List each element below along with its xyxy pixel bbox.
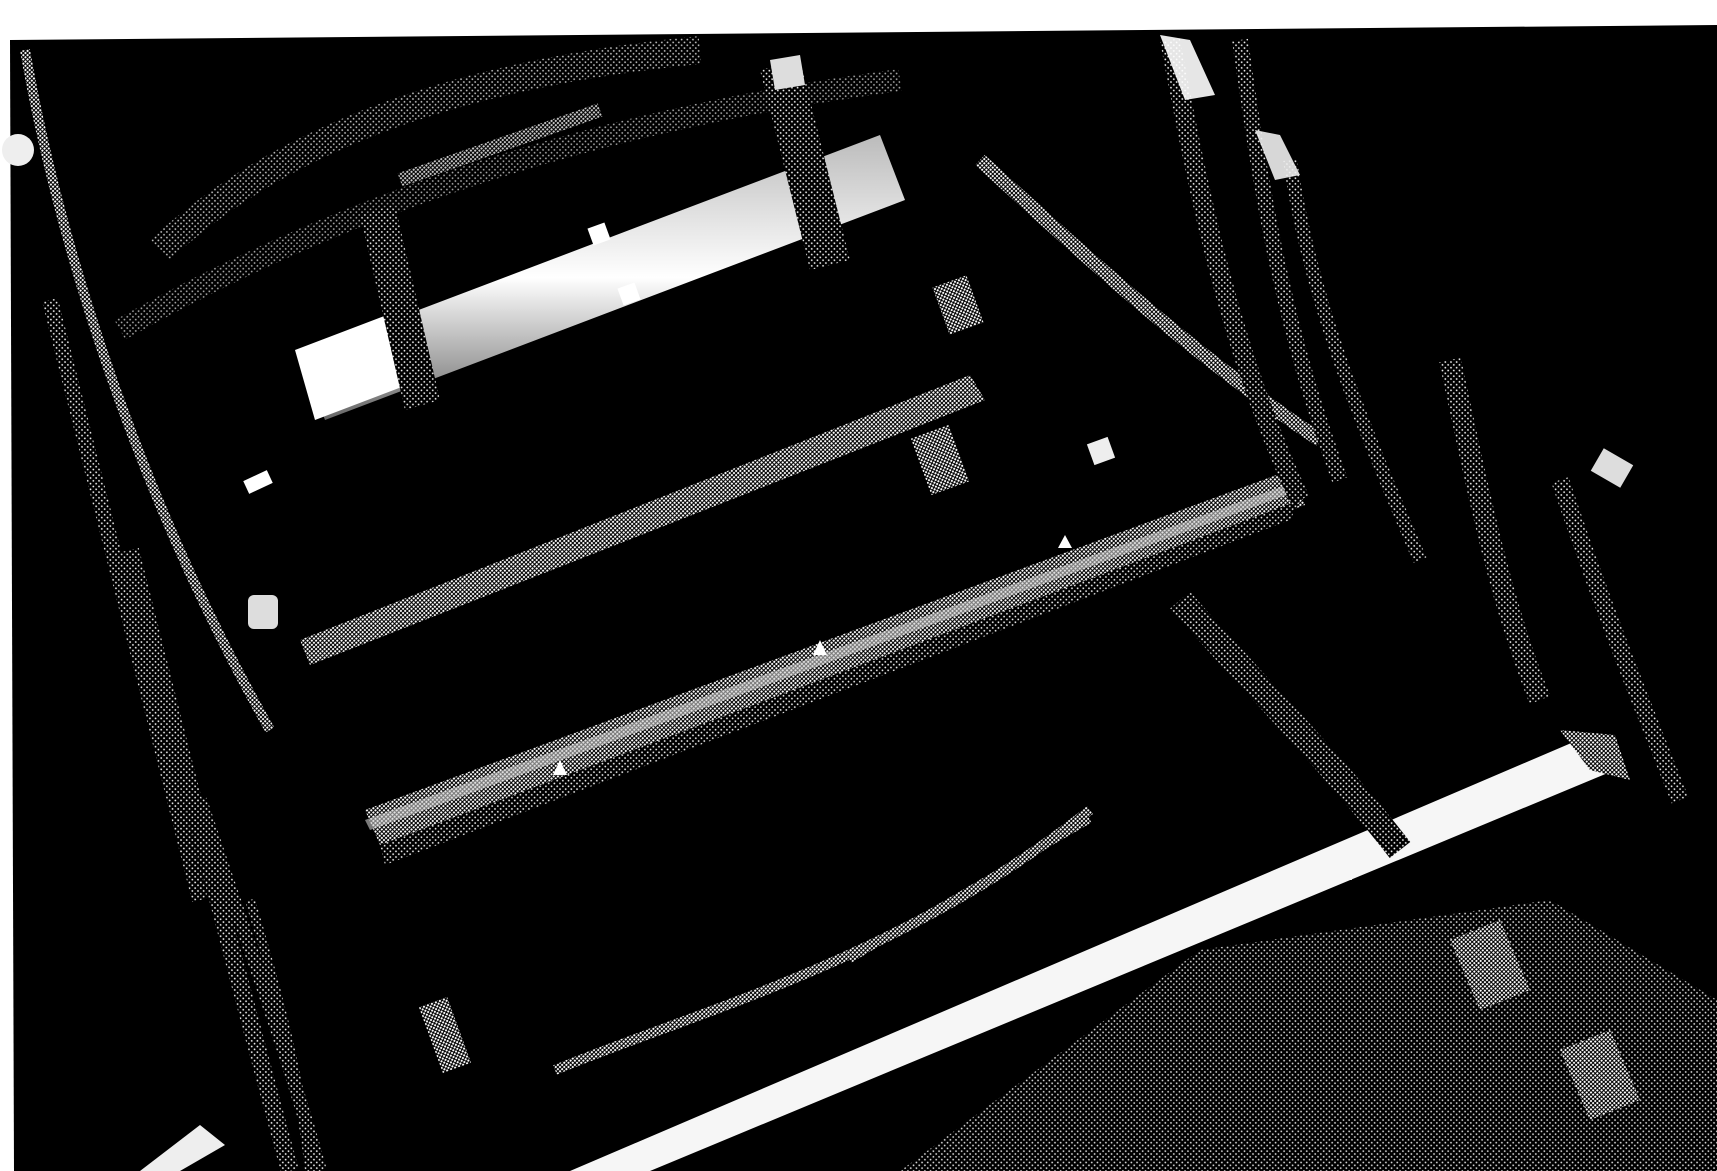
- left-knob: [2, 134, 34, 166]
- photograph: [0, 0, 1717, 1171]
